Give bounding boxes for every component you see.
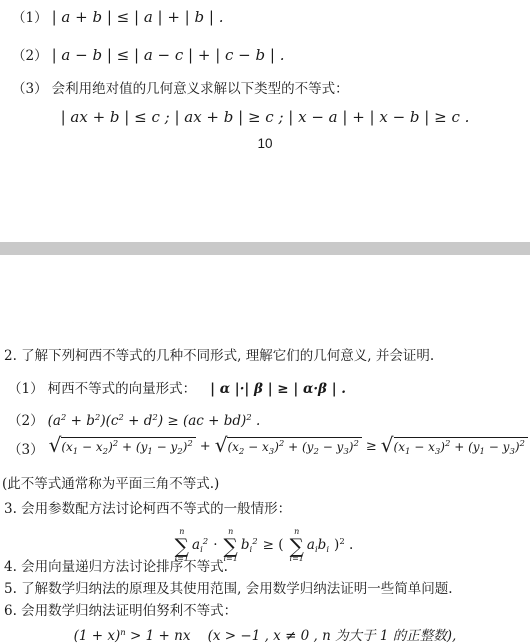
rearrangement-inequality-line: 4. 会用向量递归方法讨论排序不等式.: [4, 559, 228, 576]
item-1-label: （1）: [12, 10, 48, 26]
cauchy-general-form-line: 3. 会用参数配方法讨论柯西不等式的一般情形：: [4, 501, 291, 518]
cauchy-vector-form-line: （1）柯西不等式的向量形式：| α |·| β | ≥ | α·β | .: [8, 378, 346, 398]
document-page: （1）| a + b | ≤ | a | + | b | . （2）| a − …: [0, 0, 530, 644]
sigma-glyph: ∑: [290, 537, 304, 555]
geq-open-paren: ≥ (: [263, 537, 284, 554]
page-separator: [0, 242, 530, 255]
sum-term-b: bi2: [241, 537, 258, 554]
bernoulli-formula-line: (1 + x)n > 1 + nx (x > −1 , x ≠ 0 , n 为大…: [0, 625, 530, 644]
prev-item-3: （3）会利用绝对值的几何意义求解以下类型的不等式：: [12, 78, 349, 98]
triangle-inequality-formula: | a + b | ≤ | a | + | b | .: [52, 8, 224, 26]
radical-sign: √: [215, 435, 228, 455]
mathematical-induction-line: 5. 了解数学归纳法的原理及其使用范围, 会用数学归纳法证明一些简单问题.: [4, 581, 453, 598]
cauchy-sub-3-label: （3）: [8, 442, 44, 458]
bernoulli-formula: (1 + x)n > 1 + nx (x > −1 , x ≠ 0 , n 为大…: [74, 628, 457, 644]
plane-triangle-inequality-line: （3）√(x1 − x2)2 + (y1 − y2)2+√(x2 − x3)2 …: [8, 437, 530, 459]
prev-item-2: （2）| a − b | ≤ | a − c | + | c − b | .: [12, 45, 284, 65]
item-3-label: （3）: [12, 81, 48, 97]
radical-sign: √: [381, 435, 394, 455]
radical-sign: √: [49, 435, 62, 455]
cauchy-sub-2-label: （2）: [8, 413, 44, 429]
summation-formula-line: n∑i=1ai2·n∑i=1bi2≥ (n∑i=1aibi)2 .: [0, 519, 530, 564]
bernoulli-inequality-intro-line: 6. 会用数学归纳法证明伯努利不等式：: [4, 603, 237, 620]
abs-inequality-types-formula: | ax + b | ≤ c ; | ax + b | ≥ c ; | x − …: [61, 108, 470, 126]
cauchy-sub-1-label: （1）: [8, 381, 44, 397]
item-2-label: （2）: [12, 48, 48, 64]
sigma-glyph: ∑: [175, 537, 189, 555]
plus-operator: +: [200, 439, 211, 454]
radicand-3: (x1 − x3)2 + (y1 − y3)2: [394, 437, 528, 455]
prev-item-1: （1）| a + b | ≤ | a | + | b | .: [12, 7, 223, 27]
cauchy-vector-form-text: 柯西不等式的向量形式：: [48, 381, 197, 397]
cauchy-algebraic-form-line: （2）(a2 + b2)(c2 + d2) ≥ (ac + bd)2 .: [8, 410, 260, 430]
sum-term-ab: aibi: [307, 537, 329, 554]
radicand-1: (x1 − x2)2 + (y1 − y2)2: [61, 437, 195, 455]
sqrt-term-2: √(x2 − x3)2 + (y2 − y3)2: [215, 437, 362, 457]
sum-term-a: ai2: [192, 537, 208, 554]
cauchy-vector-formula: | α |·| β | ≥ | α·β | .: [210, 381, 346, 397]
sigma-glyph: ∑: [224, 537, 238, 555]
sqrt-term-1: √(x1 − x2)2 + (y1 − y2)2: [49, 437, 196, 457]
cauchy-intro-line: 2. 了解下列柯西不等式的几种不同形式, 理解它们的几何意义, 并会证明.: [4, 348, 434, 365]
cauchy-algebraic-formula: (a2 + b2)(c2 + d2) ≥ (ac + bd)2 .: [48, 413, 261, 429]
geq-operator: ≥: [366, 439, 377, 454]
sqrt-term-3: √(x1 − x3)2 + (y1 − y3)2: [381, 437, 528, 457]
sigma-symbol-3: n∑i=1: [290, 528, 304, 564]
display-formula-line: | ax + b | ≤ c ; | ax + b | ≥ c ; | x − …: [0, 107, 530, 127]
radicand-2: (x2 − x3)2 + (y2 − y3)2: [227, 437, 361, 455]
plane-triangle-note: (此不等式通常称为平面三角不等式.): [2, 476, 219, 493]
sum-lower-limit: i=1: [290, 555, 304, 564]
abs-difference-inequality-formula: | a − b | ≤ | a − c | + | c − b | .: [52, 46, 285, 64]
abs-value-geometric-meaning-text: 会利用绝对值的几何意义求解以下类型的不等式：: [52, 81, 349, 97]
dot-operator: ·: [213, 537, 217, 554]
page-number: 10: [0, 136, 530, 153]
close-paren-squared: )2 .: [334, 537, 353, 554]
